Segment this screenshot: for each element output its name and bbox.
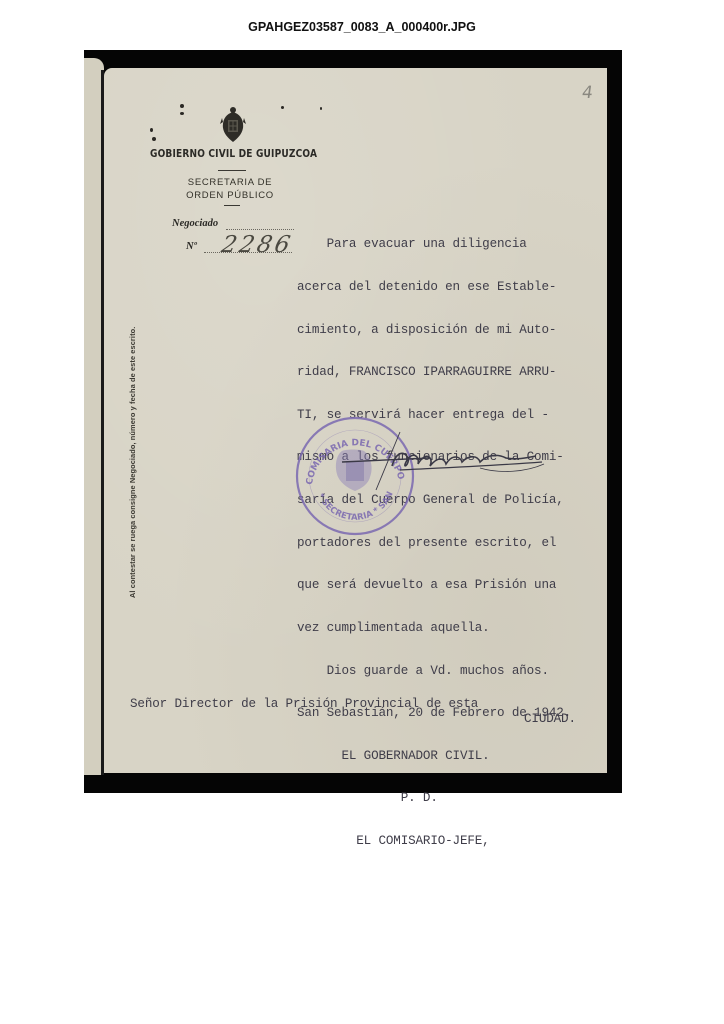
- signatory-title: EL GOBERNADOR CIVIL.: [297, 749, 571, 763]
- signatory-role: EL COMISARIO-JEFE,: [297, 834, 571, 848]
- organization-name: GOBIERNO CIVIL DE GUIPUZCOA: [150, 148, 322, 160]
- department-line-1: SECRETARIA DE: [180, 177, 280, 188]
- handwritten-signature-icon: [330, 428, 560, 498]
- ink-speck: [180, 104, 184, 108]
- addressee-line: Señor Director de la Prisión Provincial …: [130, 697, 478, 711]
- addressee-city: CIUDAD.: [524, 712, 576, 726]
- body-line: vez cumplimentada aquella.: [297, 621, 571, 635]
- number-label: Nº: [186, 241, 197, 252]
- body-line: portadores del presente escrito, el: [297, 536, 571, 550]
- department-line-2: ORDEN PÚBLICO: [180, 190, 280, 201]
- file-title: GPAHGEZ03587_0083_A_000400r.JPG: [0, 20, 724, 34]
- negociado-field-line: [226, 229, 294, 230]
- ink-speck: [320, 107, 322, 110]
- body-line: acerca del detenido en ese Estable-: [297, 280, 571, 294]
- ink-speck: [152, 137, 156, 141]
- negociado-label: Negociado: [172, 218, 218, 229]
- closing-line: Dios guarde a Vd. muchos años.: [297, 664, 571, 678]
- divider-line: [224, 205, 240, 206]
- body-line: Para evacuar una diligencia: [297, 237, 571, 251]
- body-line: que será devuelto a esa Prisión una: [297, 578, 571, 592]
- signatory-pd: P. D.: [297, 791, 571, 805]
- ink-speck: [150, 128, 153, 132]
- body-line: ridad, FRANCISCO IPARRAGUIRRE ARRU-: [297, 365, 571, 379]
- divider-line: [218, 170, 246, 171]
- ink-speck: [281, 106, 284, 109]
- ink-speck: [180, 112, 184, 115]
- coat-of-arms-eagle-icon: [220, 106, 246, 144]
- body-line: cimiento, a disposición de mi Auto-: [297, 323, 571, 337]
- reference-number: 2286: [219, 232, 295, 258]
- reply-instruction-note: Al contestar se ruega consigne Negociado…: [128, 327, 137, 598]
